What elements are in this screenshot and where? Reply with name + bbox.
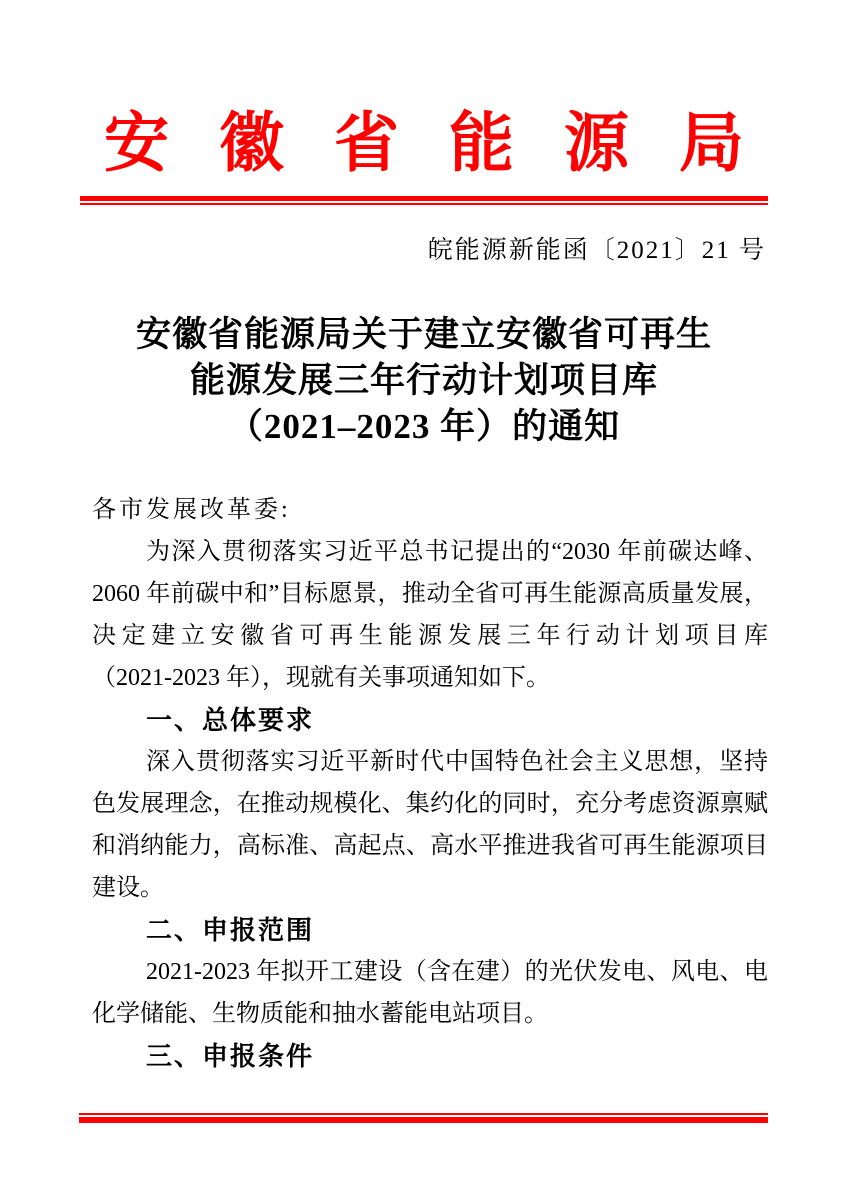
section-2-paragraph-line-2: 化学储能、生物质能和抽水蓄能电站项目。 (92, 993, 768, 1035)
document-title: 安徽省能源局关于建立安徽省可再生 能源发展三年行动计划项目库 （2021–202… (0, 312, 848, 450)
document-body: 各市发展改革委: 为深入贯彻落实习近平总书记提出的“2030 年前碳达峰、 20… (92, 489, 768, 1077)
document-page: 安徽省能源局 皖能源新能函〔2021〕21 号 安徽省能源局关于建立安徽省可再生… (0, 0, 848, 1200)
salutation-line: 各市发展改革委: (92, 489, 768, 531)
section-1-paragraph-line-2: 色发展理念，在推动规模化、集约化的同时，充分考虑资源禀赋 (92, 783, 768, 825)
document-title-line-2: 能源发展三年行动计划项目库 (0, 358, 848, 404)
agency-letterhead-title: 安徽省能源局 (0, 102, 848, 186)
section-1-paragraph-line-1: 深入贯彻落实习近平新时代中国特色社会主义思想，坚持绿 (92, 741, 768, 783)
paragraph-1-line-3: 决定建立安徽省可再生能源发展三年行动计划项目库 (92, 615, 768, 657)
paragraph-1-line-2: 2060 年前碳中和”目标愿景，推动全省可再生能源高质量发展， (92, 573, 768, 615)
section-heading-2: 二、申报范围 (92, 909, 768, 951)
section-heading-1: 一、总体要求 (92, 699, 768, 741)
paragraph-1-line-4: （2021-2023 年），现就有关事项通知如下。 (92, 657, 768, 699)
section-1-paragraph-line-4: 建设。 (92, 867, 768, 909)
section-2-paragraph-line-1: 2021-2023 年拟开工建设（含在建）的光伏发电、风电、电 (92, 951, 768, 993)
footer-rule-thick-line (79, 1117, 768, 1123)
document-title-line-3: （2021–2023 年）的通知 (0, 404, 848, 450)
footer-double-rule (79, 1113, 768, 1123)
letterhead-rule-thin-line (80, 203, 768, 205)
paragraph-1-line-1: 为深入贯彻落实习近平总书记提出的“2030 年前碳达峰、 (92, 531, 768, 573)
section-heading-3: 三、申报条件 (92, 1035, 768, 1077)
section-1-paragraph-line-3: 和消纳能力，高标准、高起点、高水平推进我省可再生能源项目 (92, 825, 768, 867)
letterhead-double-rule (80, 196, 768, 205)
document-title-line-1: 安徽省能源局关于建立安徽省可再生 (0, 312, 848, 358)
document-reference-number: 皖能源新能函〔2021〕21 号 (428, 235, 766, 267)
